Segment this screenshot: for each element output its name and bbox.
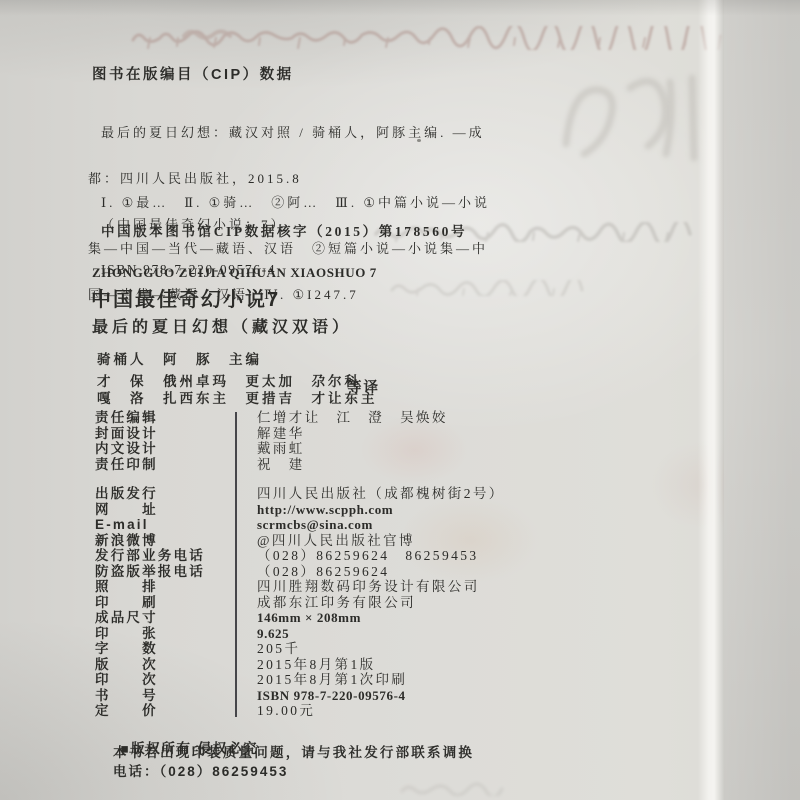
tibetan-showthrough-top [128, 26, 728, 50]
info-label: 网 址 [95, 502, 158, 518]
info-label: 印 次 [95, 672, 158, 688]
editors-line: 骑桶人 阿 豚 主编 [97, 348, 262, 368]
cip-line: 最后的夏日幻想：藏汉对照 / 骑桶人，阿豚主编. —成 [88, 125, 485, 140]
info-label: 照 排 [95, 579, 158, 595]
info-value: 19.00元 [257, 703, 315, 719]
photo-top-shadow [0, 0, 800, 16]
info-label: 出版发行 [95, 486, 158, 502]
info-label: 发行部业务电话 [95, 548, 205, 564]
info-row: 防盗版举报电话 （028）86259624 [95, 564, 615, 580]
info-label: 印 张 [95, 626, 158, 642]
info-row: 网 址 http://www.scpph.com [95, 502, 615, 518]
publication-info-table: 责任编辑 仁增才让 江 澄 吴焕姣 封面设计 解建华 内文设计 戴雨虹 责任印制… [95, 410, 615, 719]
info-value: ISBN 978-7-220-09576-4 [257, 688, 406, 704]
info-label: 印 刷 [95, 595, 158, 611]
info-value: 146mm × 208mm [257, 610, 361, 626]
tibetan-showthrough-right-large [552, 56, 717, 181]
info-value: 仁增才让 江 澄 吴焕姣 [257, 410, 448, 426]
info-value: 戴雨虹 [257, 441, 305, 457]
info-value: 2015年8月第1次印刷 [257, 672, 407, 688]
info-value: 2015年8月第1版 [257, 657, 376, 673]
info-label: 字 数 [95, 641, 158, 657]
info-label: E-mail [95, 517, 149, 533]
tibetan-showthrough-bottom [398, 782, 508, 796]
info-value: 四川人民出版社（成都槐树街2号） [257, 486, 505, 502]
info-value: @四川人民出版社官博 [257, 533, 415, 549]
background-surface [724, 0, 800, 800]
romanized-series-title: ZHONGGUO ZUIJIA QIHUAN XIAOSHUO 7 [92, 265, 377, 281]
contact-phone: 电话：（028）86259453 [113, 760, 288, 780]
info-value: 205千 [257, 641, 300, 657]
info-value: （028）86259624 [257, 564, 389, 580]
info-label: 新浪微博 [95, 533, 158, 549]
info-row: 照 排 四川胜翔数码印务设计有限公司 [95, 579, 615, 595]
series-title: 中国最佳奇幻小说7 [91, 283, 280, 312]
info-row: 发行部业务电话 （028）86259624 86259453 [95, 548, 615, 564]
info-group-gap [95, 472, 615, 486]
cip-heading: 图书在版编目（CIP）数据 [92, 63, 294, 84]
translators-suffix: 等译 [347, 376, 380, 397]
info-label: 防盗版举报电话 [95, 564, 205, 580]
info-label: 成品尺寸 [95, 610, 158, 626]
info-row: E-mail scrmcbs@sina.com [95, 517, 615, 533]
book-title: 最后的夏日幻想（藏汉双语） [92, 314, 352, 337]
info-label: 封面设计 [95, 426, 158, 442]
book-colophon-photo: 图书在版编目（CIP）数据 最后的夏日幻想：藏汉对照 / 骑桶人，阿豚主编. —… [0, 0, 800, 800]
info-label: 内文设计 [95, 441, 158, 457]
cip-registry-number: 中国版本图书馆CIP数据核字（2015）第178560号 [101, 220, 467, 240]
page-edge-highlight [698, 0, 726, 800]
info-row: 书 号 ISBN 978-7-220-09576-4 [95, 688, 615, 704]
info-row: 印 次 2015年8月第1次印刷 [95, 672, 615, 688]
info-row: 责任编辑 仁增才让 江 澄 吴焕姣 [95, 410, 615, 426]
info-value: 四川胜翔数码印务设计有限公司 [257, 579, 480, 595]
info-value: 成都东江印务有限公司 [257, 595, 416, 611]
info-row: 定 价 19.00元 [95, 703, 615, 719]
info-row: 新浪微博 @四川人民出版社官博 [95, 533, 615, 549]
classification-line: 集—中国—当代—藏语、汉语 ②短篇小说—小说集—中 [88, 241, 490, 256]
info-value: （028）86259624 86259453 [257, 548, 479, 564]
info-value: 祝 建 [257, 457, 305, 473]
info-value: 解建华 [257, 426, 305, 442]
info-label: 定 价 [95, 703, 158, 719]
info-row: 成品尺寸 146mm × 208mm [95, 610, 615, 626]
info-row: 字 数 205千 [95, 641, 615, 657]
info-value: 9.625 [257, 626, 289, 642]
info-row: 出版发行 四川人民出版社（成都槐树街2号） [95, 486, 615, 502]
translators-line-2: 嘎 洛 扎西东主 更措吉 才让东主 [97, 387, 378, 407]
info-row: 印 张 9.625 [95, 626, 615, 642]
info-label: 责任编辑 [95, 410, 158, 426]
info-row: 版 次 2015年8月第1版 [95, 657, 615, 673]
info-value: http://www.scpph.com [257, 502, 393, 518]
quality-notice: 本书若出现印装质量问题，请与我社发行部联系调换 [113, 741, 474, 761]
info-row: 封面设计 解建华 [95, 426, 615, 442]
info-label: 责任印制 [95, 457, 158, 473]
classification-line: Ⅰ. ①最… Ⅱ. ①骑… ②阿… Ⅲ. ①中篇小说—小说 [88, 195, 490, 210]
info-row: 印 刷 成都东江印务有限公司 [95, 595, 615, 611]
info-row: 内文设计 戴雨虹 [95, 441, 615, 457]
info-row: 责任印制 祝 建 [95, 457, 615, 473]
info-label: 书 号 [95, 688, 158, 704]
info-label: 版 次 [95, 657, 158, 673]
info-value: scrmcbs@sina.com [257, 517, 373, 533]
